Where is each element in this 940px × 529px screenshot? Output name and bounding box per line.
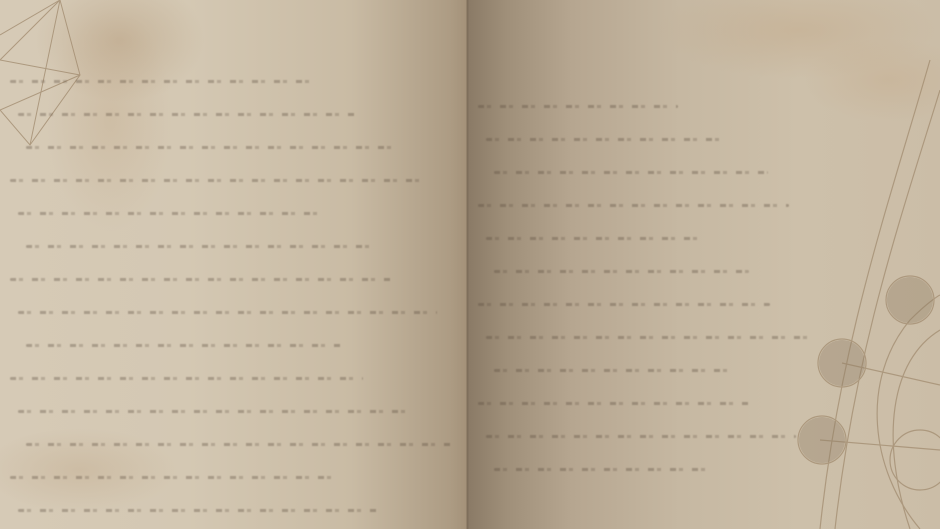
handwriting-line [10,179,421,182]
left-page [0,0,468,529]
handwriting-line [486,138,723,141]
book-gutter [466,0,469,529]
handwriting-line [26,146,400,149]
open-book [0,0,940,529]
handwriting-line [486,237,704,240]
handwriting-line [26,245,371,248]
handwriting-line [10,377,363,380]
handwriting-line [18,212,326,215]
handwriting-line [18,410,408,413]
handwriting-line [494,171,768,174]
right-page [468,0,940,529]
armillary-sphere-sketch-icon [780,0,940,529]
handwriting-line [494,468,711,471]
handwriting-line [10,80,310,83]
handwriting-line [10,476,334,479]
handwriting-line [26,344,342,347]
handwriting-line [494,369,730,372]
handwriting-line [18,113,355,116]
handwriting-line [18,311,437,314]
handwriting-line [18,509,379,512]
handwriting-line [494,270,749,273]
handwriting-line [478,204,789,207]
handwriting-line [26,443,453,446]
handwriting-line [478,303,770,306]
handwriting-line [478,105,678,108]
handwriting-line [10,278,392,281]
handwriting-line [486,435,796,438]
handwriting-line [486,336,815,339]
handwriting-line [478,402,751,405]
